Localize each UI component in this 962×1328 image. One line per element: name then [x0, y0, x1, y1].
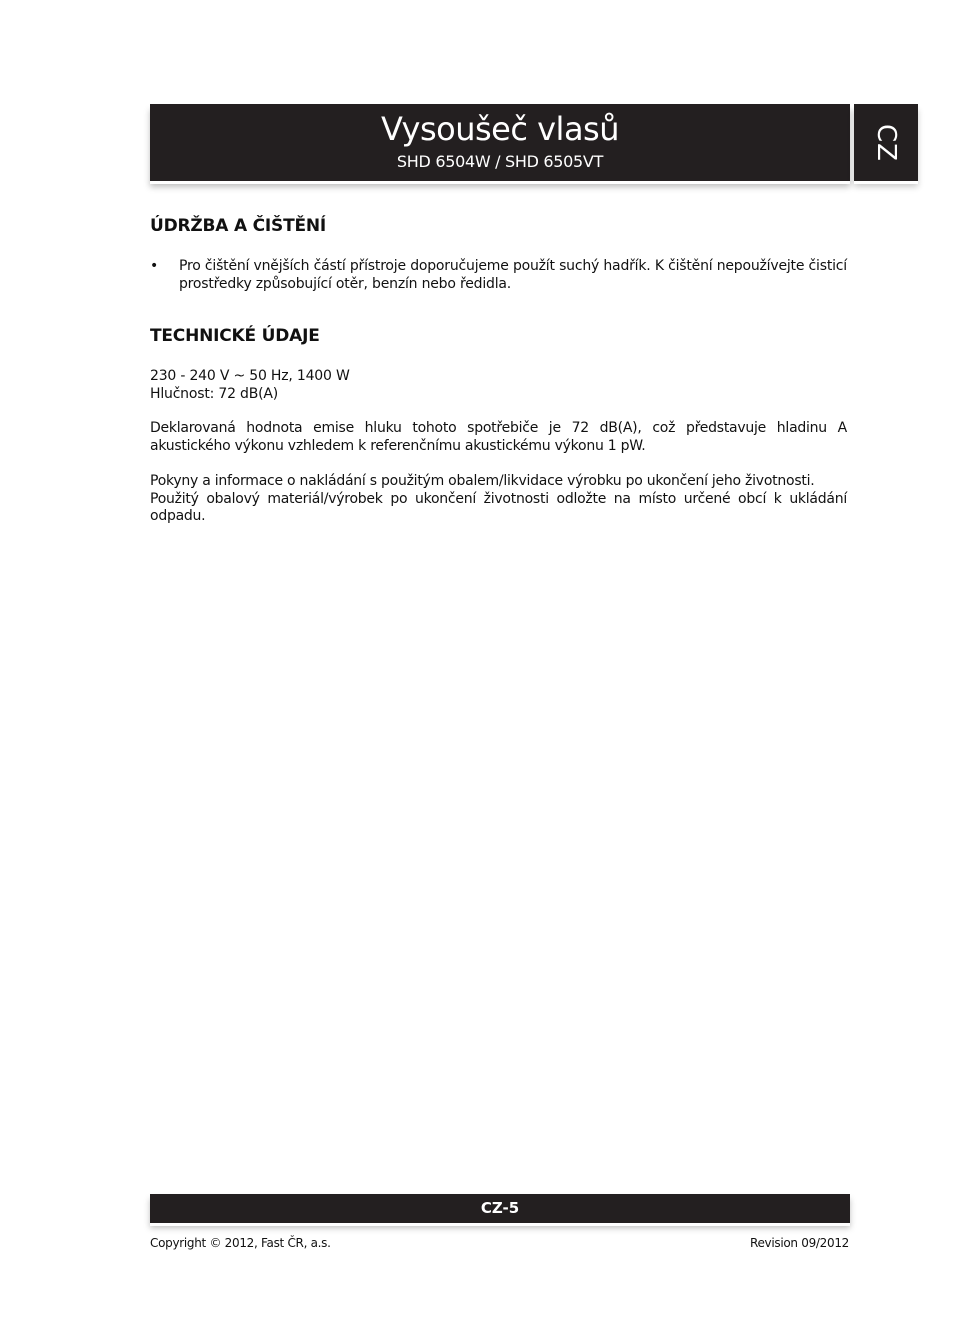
- disposal-paragraph: Pokyny a informace o nakládání s použitý…: [150, 473, 847, 526]
- language-tab: CZ: [854, 104, 918, 181]
- copyright-text: Copyright © 2012, Fast ČR, a.s.: [150, 1236, 331, 1250]
- specs-block: 230 - 240 V ~ 50 Hz, 1400 W Hlučnost: 72…: [150, 368, 350, 403]
- revision-text: Revision 09/2012: [750, 1236, 849, 1250]
- language-tab-label: CZ: [871, 124, 901, 162]
- bullet-text: Pro čištění vnějších částí přístroje dop…: [179, 258, 847, 293]
- section-title-technical: TECHNICKÉ ÚDAJE: [150, 328, 320, 346]
- document-title: Vysoušeč vlasů: [150, 110, 850, 148]
- model-numbers: SHD 6504W / SHD 6505VT: [150, 152, 850, 171]
- disposal-line: Pokyny a informace o nakládání s použitý…: [150, 473, 847, 491]
- page-number: CZ-5: [481, 1199, 519, 1217]
- disposal-line: Použitý obalový materiál/výrobek po ukon…: [150, 491, 847, 509]
- noise-paragraph: Deklarovaná hodnota emise hluku tohoto s…: [150, 420, 847, 455]
- page-number-bar: CZ-5: [150, 1194, 850, 1223]
- disposal-line: odpadu.: [150, 508, 847, 526]
- specs-power: 230 - 240 V ~ 50 Hz, 1400 W: [150, 368, 350, 386]
- header-bar: Vysoušeč vlasů SHD 6504W / SHD 6505VT: [150, 104, 850, 181]
- list-item: • Pro čištění vnějších částí přístroje d…: [150, 258, 847, 293]
- bullet-icon: •: [150, 258, 158, 276]
- specs-noise: Hlučnost: 72 dB(A): [150, 386, 350, 404]
- section-title-maintenance: ÚDRŽBA A ČIŠTĚNÍ: [150, 218, 326, 236]
